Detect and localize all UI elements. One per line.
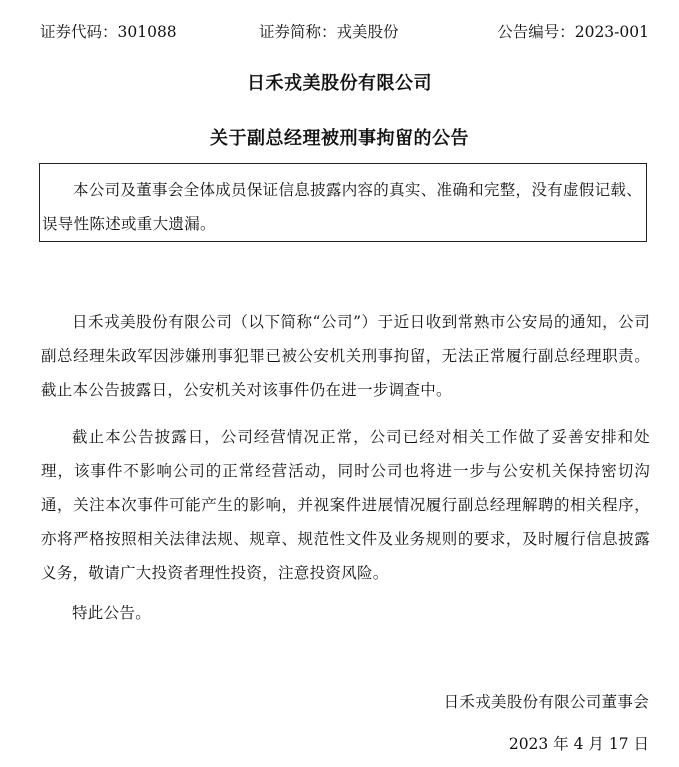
body-paragraph-2: 截止本公告披露日，公司经营情况正常，公司已经对相关工作做了妥善安排和处理，该事件… (41, 420, 650, 590)
paragraph-text: 截止本公告披露日，公司经营情况正常，公司已经对相关工作做了妥善安排和处理，该事件… (41, 420, 650, 590)
stock-code: 证券代码：301088 (40, 20, 177, 44)
company-title: 日禾戎美股份有限公司 (0, 71, 679, 97)
disclaimer-box: 本公司及董事会全体成员保证信息披露内容的真实、准确和完整，没有虚假记载、误导性陈… (39, 163, 647, 242)
notice-title: 关于副总经理被刑事拘留的公告 (0, 126, 679, 152)
stock-abbreviation: 证券简称：戎美股份 (259, 20, 399, 44)
signature-date: 2023 年 4 月 17 日 (509, 732, 649, 756)
body-paragraph-1: 日禾戎美股份有限公司（以下简称“公司”）于近日收到常熟市公安局的通知，公司副总经… (41, 305, 650, 407)
closing-statement: 特此公告。 (41, 596, 650, 630)
paragraph-text: 特此公告。 (41, 596, 650, 630)
paragraph-text: 日禾戎美股份有限公司（以下简称“公司”）于近日收到常熟市公安局的通知，公司副总经… (41, 305, 650, 407)
announcement-page: 证券代码：301088 证券简称：戎美股份 公告编号：2023-001 日禾戎美… (0, 0, 679, 767)
document-header: 证券代码：301088 证券简称：戎美股份 公告编号：2023-001 (40, 20, 649, 44)
disclaimer-text: 本公司及董事会全体成员保证信息披露内容的真实、准确和完整，没有虚假记载、误导性陈… (42, 173, 642, 241)
signature-company: 日禾戎美股份有限公司董事会 (444, 690, 649, 714)
notice-number: 公告编号：2023-001 (497, 20, 649, 44)
